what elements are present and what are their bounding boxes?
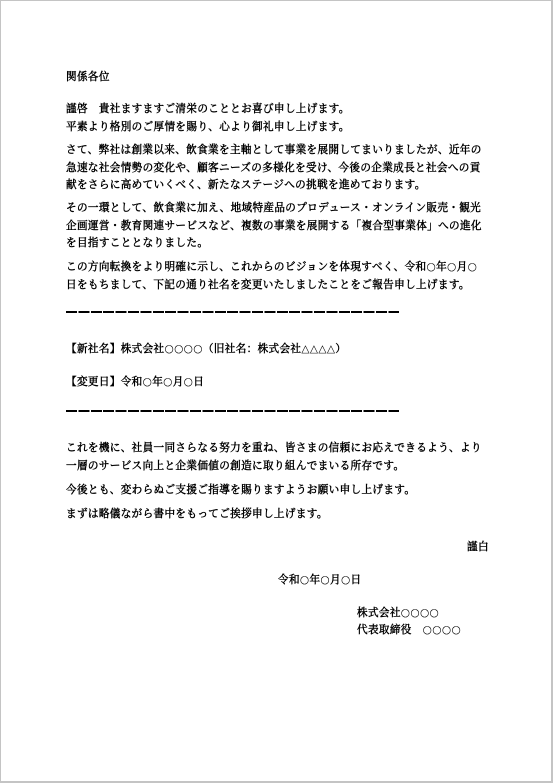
change-date: 【変更日】令和○年○月○日 (66, 374, 204, 389)
para2-line-1: その一環として、飲食業に加え、地域特産品のプロデュース・オンライン販売・観光 (66, 200, 481, 215)
letter-page: 関係各位 謹啓 貴社ますますご清栄のこととお喜び申し上げます。 平素より格別のご… (0, 0, 553, 783)
para4-line-1: これを機に、社員一同さらなる努力を重ね、皆さまの信頼にお応えできるよう、より (66, 440, 482, 455)
greeting-line-2: 平素より格別のご厚情を賜り、心より御礼申し上げます。 (66, 119, 350, 134)
separator-top (66, 311, 399, 313)
para3-line-1: この方向転換をより明確に示し、これからのビジョンを体現すべく、令和○年○月○ (66, 259, 477, 274)
new-company-name: 【新社名】株式会社○○○○（旧社名：株式会社△△△△） (66, 341, 346, 356)
para1-line-2: 急速な社会情勢の変化や、顧客ニーズの多様化を受け、今後の企業成長と社会への貢 (66, 160, 481, 175)
para1-line-3: 献をさらに高めていくべく、新たなステージへの挑戦を進めております。 (66, 177, 426, 192)
para3-line-2: 日をもちまして、下記の通り社名を変更いたしましたことをご報告申し上げます。 (66, 277, 470, 292)
para6: まずは略儀ながら書中をもってご挨拶申し上げます。 (66, 506, 328, 521)
para2-line-2: 企画運営・教育関連サービスなど、複数の事業を展開する「複合型事業体」への進化 (66, 218, 482, 233)
addressee: 関係各位 (66, 69, 110, 84)
letter-date: 令和○年○月○日 (278, 572, 362, 587)
para5: 今後とも、変わらぬご支援ご指導を賜りますようお願い申し上げます。 (66, 482, 415, 497)
representative: 代表取締役 ○○○○ (357, 622, 461, 637)
para4-line-2: 一層のサービス向上と企業価値の創造に取り組んでまいる所存です。 (66, 458, 404, 473)
para2-line-3: を目指すこととなりました。 (66, 235, 208, 250)
greeting-line-1: 謹啓 貴社ますますご清栄のこととお喜び申し上げます。 (66, 101, 350, 116)
separator-bottom (66, 410, 399, 412)
para1-line-1: さて、弊社は創業以来、飲食業を主軸として事業を展開してまいりましたが、近年の (66, 142, 482, 157)
closing-word: 謹白 (467, 539, 489, 554)
company-name: 株式会社○○○○ (357, 605, 439, 620)
